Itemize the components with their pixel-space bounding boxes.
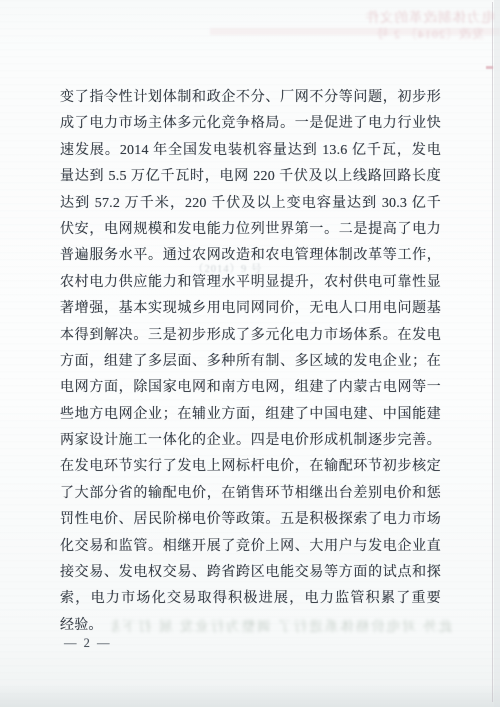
- body-text-line: 伏安，电网规模和发电能力位列世界第一。二是提高了电力: [60, 217, 441, 243]
- body-text-line: 化交易和监管。相继开展了竞价上网、大用户与发电企业直: [60, 534, 441, 560]
- page-number: — 2 —: [64, 636, 112, 651]
- scan-right-edge-shade: [494, 0, 500, 707]
- body-text-line: 了大部分省的输配电价，在销售环节相继出台差别电价和惩: [60, 481, 441, 507]
- body-text-line: 著增强，基本实现城乡用电同网同价，无电人口用电问题基: [60, 296, 441, 322]
- scan-pink-mark: [486, 66, 493, 69]
- body-text-line: 量达到 5.5 万亿千瓦时，电网 220 千伏及以上线路回路长度: [60, 164, 441, 190]
- body-text-line: 两家设计施工一体化的企业。四是电价形成机制逐步完善。: [60, 428, 441, 454]
- bleed-through-text: 电力体制改革的文件: [383, 6, 495, 26]
- body-text-line: 罚性电价、居民阶梯电价等政策。五是积极探索了电力市场: [60, 507, 441, 533]
- body-text-line: 成了电力市场主体多元化竞争格局。一是促进了电力行业快: [60, 111, 441, 137]
- body-text-line: 本得到解决。三是初步形成了多元化电力市场体系。在发电: [60, 323, 441, 349]
- body-text-line: 接交易、发电权交易、跨省跨区电能交易等方面的试点和探: [60, 560, 441, 586]
- scan-streak: [210, 28, 500, 35]
- scan-bottom-shade: [0, 684, 500, 707]
- body-text-line: 经验。: [60, 613, 441, 639]
- body-text-line: 在发电环节实行了发电上网标杆电价，在输配环节初步核定: [60, 454, 441, 480]
- body-text-line: 速发展。2014 年全国发电装机容量达到 13.6 亿千瓦，发电: [60, 138, 441, 164]
- scanned-document-page: 电力体制改革的文件 发改〔2014〕 2 号 （2014）9 号 此外 对电价格…: [0, 0, 500, 707]
- body-text-line: 普遍服务水平。通过农网改造和农电管理体制改革等工作，: [60, 243, 441, 269]
- body-text-line: 达到 57.2 万千米，220 千伏及以上变电容量达到 30.3 亿千: [60, 191, 441, 217]
- body-text-line: 变了指令性计划体制和政企不分、厂网不分等问题，初步形: [60, 85, 441, 111]
- scan-vertical-line: [492, 2, 493, 702]
- body-text-line: 些地方电网企业；在辅业方面，组建了中国电建、中国能建: [60, 402, 441, 428]
- document-body: 变了指令性计划体制和政企不分、厂网不分等问题，初步形 成了电力市场主体多元化竞争…: [60, 85, 441, 639]
- body-text-line: 索，电力市场化交易取得积极进展，电力监管积累了重要: [60, 586, 441, 612]
- body-text-line: 农村电力供应能力和管理水平明显提升，农村供电可靠性显: [60, 270, 441, 296]
- body-text-line: 电网方面，除国家电网和南方电网，组建了内蒙古电网等一: [60, 375, 441, 401]
- body-text-line: 方面，组建了多层面、多种所有制、多区域的发电企业；在: [60, 349, 441, 375]
